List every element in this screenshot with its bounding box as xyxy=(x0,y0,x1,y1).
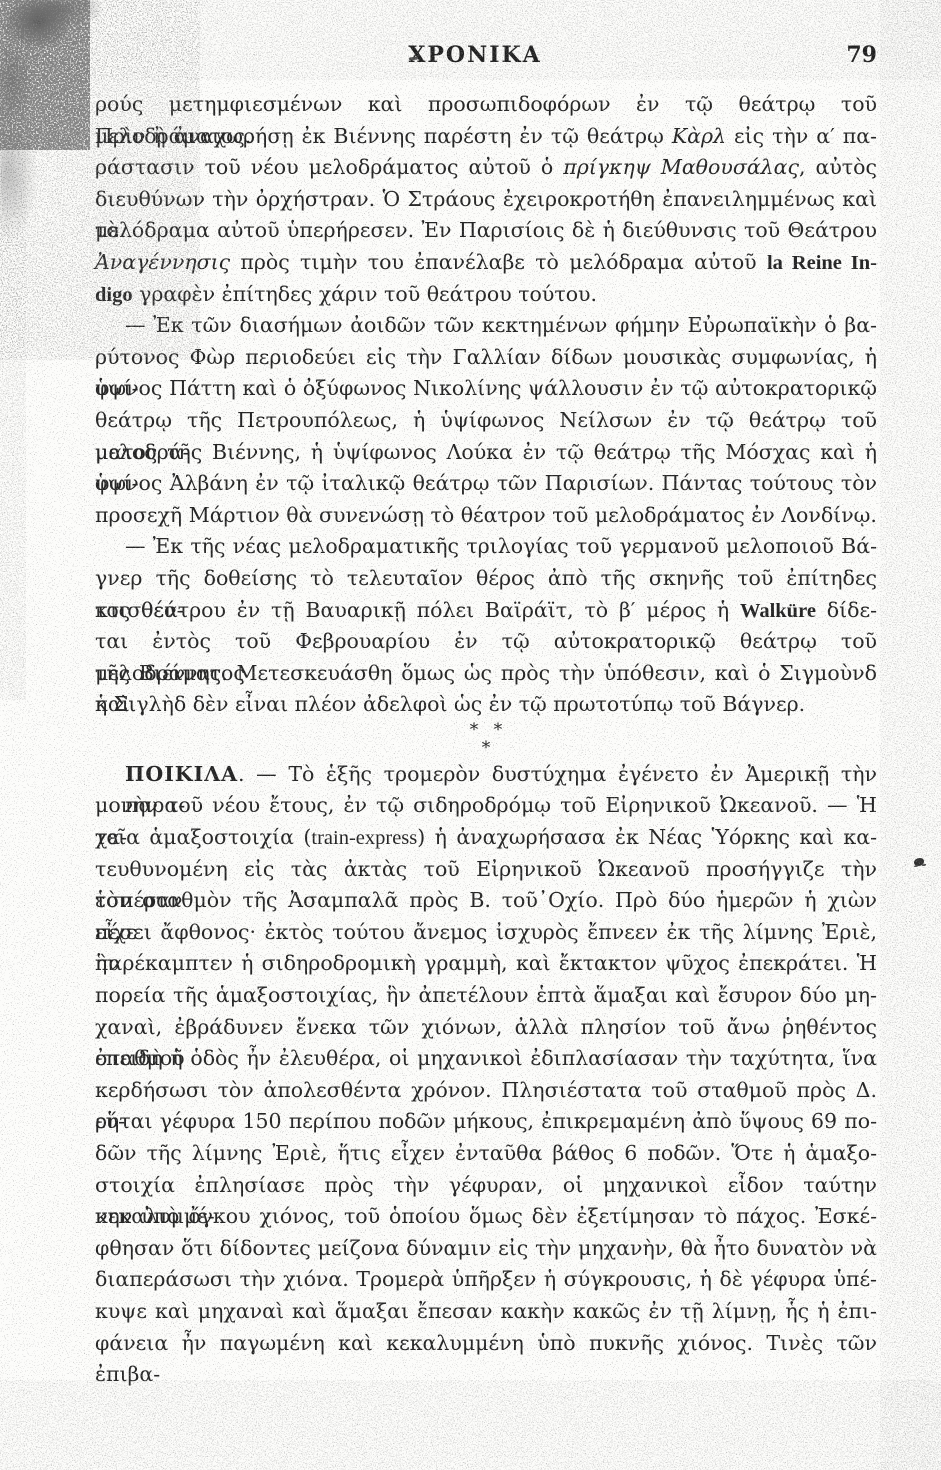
text-line: διαπεράσωσι τὴν χιόνα. Τρομερὰ ὑπῆρξεν ἡ… xyxy=(95,1264,877,1296)
text-segment: προσεχῆ Μάρτιον θὰ συνενώσῃ τὸ θέατρον τ… xyxy=(95,503,877,527)
text-line: Πρὶν ἢ ἀναχωρήσῃ ἐκ Βιέννης παρέστη ἐν τ… xyxy=(95,121,877,153)
text-line: τῆς Βιέννης. Μετεσκευάσθη ὅμως ὡς πρὸς τ… xyxy=(95,658,877,690)
text-segment: ) ἡ ἀναχωρήσασα ἐκ Νέας Ὑόρκης καὶ κα- xyxy=(417,825,877,849)
paragraph: — Ἐκ τῶν διασήμων ἀοιδῶν τῶν κεκτημένων … xyxy=(95,310,877,531)
text-segment: διαπεράσωσι τὴν χιόνα. Τρομερὰ ὑπῆρξεν ἡ… xyxy=(95,1267,877,1291)
text-line: φάνεια ἦν παγωμένη καὶ κεκαλυμμένη ὑπὸ π… xyxy=(95,1328,877,1360)
text-line: — Ἐκ τῆς νέας μελοδραματικῆς τριλογίας τ… xyxy=(95,531,877,563)
asterism-separator: * ** xyxy=(95,721,877,759)
text-line: χαναὶ, ἐβράδυνεν ἕνεκα τῶν χιόνων, ἀλλὰ … xyxy=(95,1012,877,1044)
text-segment: εἰς τὴν α′ πα- xyxy=(726,124,877,148)
ink-speck-right-margin xyxy=(914,858,924,866)
text-line: digo γραφὲν ἐπίτηδες χάριν τοῦ θεάτρου τ… xyxy=(95,279,877,311)
text-segment: train-express xyxy=(311,827,417,849)
text-segment: παρέκαμπτεν ἡ σιδηροδρομικὴ γραμμὴ, καὶ … xyxy=(95,951,877,975)
text-line: φωνος Ἀλβάνη ἐν τῷ ἰταλικῷ θεάτρῳ τῶν Πα… xyxy=(95,468,877,500)
text-segment: ράστασιν τοῦ νέου μελοδράματος αὐτοῦ ὁ xyxy=(95,155,563,179)
text-line: μονὴν τοῦ νέου ἔτους, ἐν τῷ σιδηροδρόμῳ … xyxy=(95,790,877,822)
text-segment: ἡ Σιγλὴδ δὲν εἶναι πλέον ἀδελφοὶ ὡς ἐν τ… xyxy=(95,692,805,716)
text-line: ΠΟΙΚΙΛΑ. — Τὸ ἑξῆς τρομερὸν δυστύχημα ἐγ… xyxy=(95,759,877,791)
text-segment: ρηται γέφυρα 150 περίπου ποδῶν μήκους, ἐ… xyxy=(95,1109,877,1133)
text-line: θεάτρῳ τῆς Πετρουπόλεως, ἡ ὑψίφωνος Νείλ… xyxy=(95,405,877,437)
text-segment: δῶν τῆς λίμνης Ἐριὲ, ἥτις εἶχεν ἐνταῦθα … xyxy=(95,1141,877,1165)
text-segment: Κὰρλ xyxy=(672,124,726,148)
text-segment: κυψε καὶ μηχαναὶ καὶ ἅμαξαι ἔπεσαν κακὴν… xyxy=(95,1299,877,1323)
text-segment: νην ὑπὸ ὄγκου χιόνος, τοῦ ὁποίου ὅμως δὲ… xyxy=(95,1204,877,1228)
text-segment: πρὸς τιμὴν του ἐπανέλαβε τὸ μελόδραμα αὐ… xyxy=(230,250,767,274)
text-line: ματος τῆς Βιέννης, ἡ ὑψίφωνος Λούκα ἐν τ… xyxy=(95,437,877,469)
text-segment: Πρὶν ἢ ἀναχωρήσῃ ἐκ Βιέννης παρέστη ἐν τ… xyxy=(95,124,672,148)
text-segment: , αὐτὸς xyxy=(799,155,877,179)
text-segment: μελόδραμα αὐτοῦ ὑπερήρεσεν. Ἐν Παρισίοις… xyxy=(95,218,877,242)
text-line: ρύτονος Φὼρ περιοδεύει εἰς τὴν Γαλλίαν δ… xyxy=(95,342,877,374)
text-line: τευθυνομένη εἰς τὰς ἀκτὰς τοῦ Εἰρηνικοῦ … xyxy=(95,854,877,886)
text-line: κυψε καὶ μηχαναὶ καὶ ἅμαξαι ἔπεσαν κακὴν… xyxy=(95,1296,877,1328)
text-line: διευθύνων τὴν ὀρχήστραν. Ὁ Στράους ἐχειρ… xyxy=(95,184,877,216)
text-line: φωνος Πάττη καὶ ὁ ὀξύφωνος Νικολίνης ψάλ… xyxy=(95,373,877,405)
text-line: τος θεάτρου ἐν τῇ Βαυαρικῇ πόλει Βαϊράϊτ… xyxy=(95,595,877,627)
text-line: γνερ τῆς δοθείσης τὸ τελευταῖον θέρος ἀπ… xyxy=(95,563,877,595)
text-segment: φωνος Πάττη καὶ ὁ ὀξύφωνος Νικολίνης ψάλ… xyxy=(95,376,877,400)
text-segment: γραφὲν ἐπίτηδες χάριν τοῦ θεάτρου τούτου… xyxy=(133,282,597,306)
text-block: ρούς μετημφιεσμένων καὶ προσωπιδοφόρων ἐ… xyxy=(95,89,877,1359)
text-line: τὸν σταθμὸν τῆς Ἀσαμπαλᾶ πρὸς Β. τοῦ᾿Οχί… xyxy=(95,885,877,917)
page-number: 79 xyxy=(846,42,877,68)
asterism-row: * * xyxy=(95,721,877,739)
text-line: κερδήσωσι τὸν ἀπολεσθέντα χρόνον. Πλησιέ… xyxy=(95,1075,877,1107)
text-segment: la Reine In- xyxy=(767,252,877,274)
text-line: πέσει ἄφθονος· ἐκτὸς τούτου ἄνεμος ἰσχυρ… xyxy=(95,917,877,949)
text-line: ἐπειδὴ ἡ ὁδὸς ἦν ἐλευθέρα, οἱ μηχανικοὶ … xyxy=(95,1043,877,1075)
text-segment: digo xyxy=(95,284,133,306)
text-line: ρηται γέφυρα 150 περίπου ποδῶν μήκους, ἐ… xyxy=(95,1106,877,1138)
text-line: στοιχία ἐπλησίασε πρὸς τὴν γέφυραν, οἱ μ… xyxy=(95,1170,877,1202)
text-line: Ἀναγέννησις πρὸς τιμὴν του ἐπανέλαβε τὸ … xyxy=(95,247,877,279)
paragraph: ρούς μετημφιεσμένων καὶ προσωπιδοφόρων ἐ… xyxy=(95,89,877,310)
paragraph: — Ἐκ τῆς νέας μελοδραματικῆς τριλογίας τ… xyxy=(95,531,877,721)
text-segment: χεῖα ἁμαξοστοιχία ( xyxy=(95,825,311,849)
text-segment: τος θεάτρου ἐν τῇ Βαυαρικῇ πόλει Βαϊράϊτ… xyxy=(95,598,740,622)
text-segment: φθησαν ὅτι δίδοντες μείζονα δύναμιν εἰς … xyxy=(95,1236,877,1260)
scanned-book-page: ΧΡΟΝΙΚΑ 79 ρούς μετημφιεσμένων καὶ προσω… xyxy=(0,0,941,1470)
running-head-title: ΧΡΟΝΙΚΑ xyxy=(84,42,866,68)
asterism-row: * xyxy=(95,739,877,757)
text-segment: δίδε- xyxy=(816,598,877,622)
text-segment: φάνεια ἦν παγωμένη καὶ κεκαλυμμένη ὑπὸ π… xyxy=(95,1331,877,1387)
running-head: ΧΡΟΝΙΚΑ 79 xyxy=(95,42,877,72)
text-segment: πορεία τῆς ἁμαξοστοιχίας, ἣν ἀπετέλουν ἑ… xyxy=(95,983,877,1007)
text-line: μελόδραμα αὐτοῦ ὑπερήρεσεν. Ἐν Παρισίοις… xyxy=(95,215,877,247)
text-segment: ΠΟΙΚΙΛΑ xyxy=(125,762,238,786)
text-segment: — Ἐκ τῆς νέας μελοδραματικῆς τριλογίας τ… xyxy=(125,534,877,558)
text-line: δῶν τῆς λίμνης Ἐριὲ, ἥτις εἶχεν ἐνταῦθα … xyxy=(95,1138,877,1170)
text-segment: — Ἐκ τῶν διασήμων ἀοιδῶν τῶν κεκτημένων … xyxy=(125,313,877,337)
text-segment: Walküre xyxy=(740,600,816,622)
text-line: χεῖα ἁμαξοστοιχία (train-express) ἡ ἀναχ… xyxy=(95,822,877,854)
text-line: ρούς μετημφιεσμένων καὶ προσωπιδοφόρων ἐ… xyxy=(95,89,877,121)
text-line: νην ὑπὸ ὄγκου χιόνος, τοῦ ὁποίου ὅμως δὲ… xyxy=(95,1201,877,1233)
text-line: πορεία τῆς ἁμαξοστοιχίας, ἣν ἀπετέλουν ἑ… xyxy=(95,980,877,1012)
paragraph: ΠΟΙΚΙΛΑ. — Τὸ ἑξῆς τρομερὸν δυστύχημα ἐγ… xyxy=(95,759,877,1359)
text-line: φθησαν ὅτι δίδοντες μείζονα δύναμιν εἰς … xyxy=(95,1233,877,1265)
text-line: προσεχῆ Μάρτιον θὰ συνενώσῃ τὸ θέατρον τ… xyxy=(95,500,877,532)
text-segment: πρίγκηψ Μαθουσάλας xyxy=(563,155,799,179)
text-segment: ἐπειδὴ ἡ ὁδὸς ἦν ἐλευθέρα, οἱ μηχανικοὶ … xyxy=(95,1046,877,1070)
text-line: παρέκαμπτεν ἡ σιδηροδρομικὴ γραμμὴ, καὶ … xyxy=(95,948,877,980)
text-segment: φωνος Ἀλβάνη ἐν τῷ ἰταλικῷ θεάτρῳ τῶν Πα… xyxy=(95,471,877,495)
text-segment: Ἀναγέννησις xyxy=(95,250,230,274)
text-line: — Ἐκ τῶν διασήμων ἀοιδῶν τῶν κεκτημένων … xyxy=(95,310,877,342)
text-line: ράστασιν τοῦ νέου μελοδράματος αὐτοῦ ὁ π… xyxy=(95,152,877,184)
text-line: ται ἐντὸς τοῦ Φεβρουαρίου ἐν τῷ αὐτοκρατ… xyxy=(95,626,877,658)
text-line: ἡ Σιγλὴδ δὲν εἶναι πλέον ἀδελφοὶ ὡς ἐν τ… xyxy=(95,689,877,721)
